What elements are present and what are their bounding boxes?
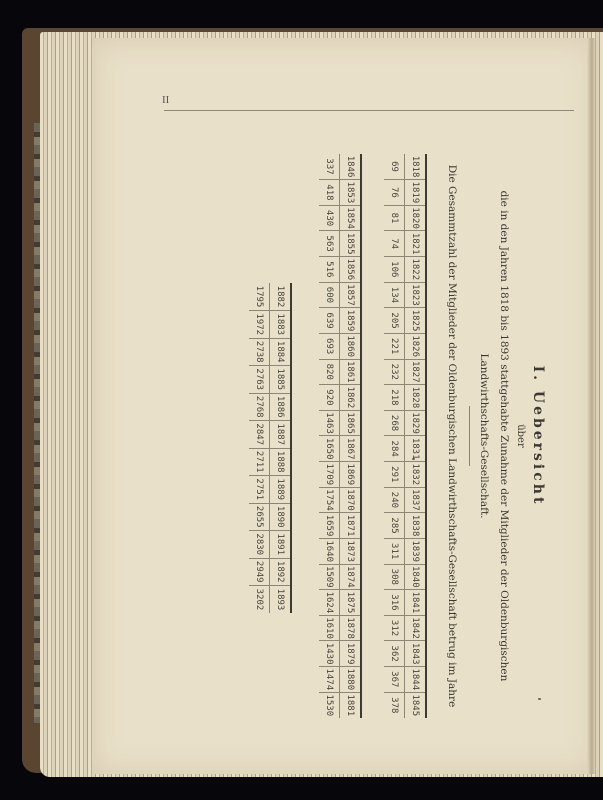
year-cell: 1828 xyxy=(405,385,426,411)
table-row-values: 337 418 430 563 516 600 639 693 820 920 … xyxy=(319,154,340,718)
value-cell: 563 xyxy=(319,231,340,257)
value-cell: 2768 xyxy=(249,393,270,421)
year-cell: 1839 xyxy=(405,538,426,564)
value-cell: 378 xyxy=(384,692,405,718)
year-cell: 1871 xyxy=(340,513,361,539)
year-cell: 1845 xyxy=(405,692,426,718)
year-cell: 1862 xyxy=(340,385,361,411)
value-cell: 2949 xyxy=(249,558,270,586)
year-cell: 1837 xyxy=(405,487,426,513)
value-cell: 367 xyxy=(384,667,405,693)
year-cell: 1884 xyxy=(270,338,291,366)
table-row-years: 1818 1819 1820 1821 1822 1823 1825 1826 … xyxy=(405,154,426,718)
year-cell: 1889 xyxy=(270,476,291,504)
value-cell: 1754 xyxy=(319,487,340,513)
membership-table-1882-1893: 1882 1883 1884 1885 1886 1887 1888 1889 … xyxy=(249,283,290,613)
value-cell: 1709 xyxy=(319,462,340,488)
value-cell: 820 xyxy=(319,359,340,385)
year-cell: 1829 xyxy=(405,410,426,436)
year-cell: 1822 xyxy=(405,257,426,283)
value-cell: 291 xyxy=(384,462,405,488)
value-cell: 221 xyxy=(384,333,405,359)
year-cell: 1860 xyxy=(340,333,361,359)
year-cell: 1873 xyxy=(340,538,361,564)
year-cell: 1827 xyxy=(405,359,426,385)
value-cell: 2738 xyxy=(249,338,270,366)
value-cell: 1972 xyxy=(249,311,270,339)
year-cell: 1832 xyxy=(405,462,426,488)
value-cell: 2763 xyxy=(249,366,270,394)
year-cell: 1892 xyxy=(270,558,291,586)
membership-table-1818-1845: 1818 1819 1820 1821 1822 1823 1825 1826 … xyxy=(384,154,425,718)
year-cell: 1842 xyxy=(405,615,426,641)
subtitle-line-2: Landwirthschafts-Gesellschaft. xyxy=(478,116,490,756)
membership-table-1846-1881: 1846 1853 1854 1855 1856 1857 1859 1860 … xyxy=(319,154,360,718)
value-cell: 1463 xyxy=(319,410,340,436)
value-cell: 693 xyxy=(319,333,340,359)
table-row-years: 1882 1883 1884 1885 1886 1887 1888 1889 … xyxy=(270,283,291,613)
rotated-content: I. Uebersicht über die in den Jahren 181… xyxy=(134,116,554,756)
value-cell: 205 xyxy=(384,308,405,334)
value-cell: 312 xyxy=(384,615,405,641)
value-cell: 430 xyxy=(319,205,340,231)
value-cell: 81 xyxy=(384,205,405,231)
value-cell: 284 xyxy=(384,436,405,462)
year-cell: 1854 xyxy=(340,205,361,231)
year-cell: 1861 xyxy=(340,359,361,385)
year-cell: 1865 xyxy=(340,410,361,436)
value-cell: 418 xyxy=(319,180,340,206)
year-cell: 1825 xyxy=(405,308,426,334)
heading-sub: über xyxy=(515,116,526,756)
year-cell: 1887 xyxy=(270,421,291,449)
table-row-values: 69 76 81 74 106 134 205 221 232 218 268 … xyxy=(384,154,405,718)
header-rule xyxy=(164,110,574,111)
year-cell: 1880 xyxy=(340,667,361,693)
table-block-2: 1846 1853 1854 1855 1856 1857 1859 1860 … xyxy=(319,154,362,718)
page-number: II xyxy=(162,94,169,106)
book-page: II I. Uebersicht über die in den Jahren … xyxy=(92,38,595,774)
year-cell: 1885 xyxy=(270,366,291,394)
value-cell: 2711 xyxy=(249,448,270,476)
value-cell: 232 xyxy=(384,359,405,385)
year-cell: 1870 xyxy=(340,487,361,513)
value-cell: 600 xyxy=(319,282,340,308)
year-cell: 1819 xyxy=(405,180,426,206)
value-cell: 920 xyxy=(319,385,340,411)
year-cell: 1838 xyxy=(405,513,426,539)
year-cell: 1831 xyxy=(405,436,426,462)
value-cell: 1509 xyxy=(319,564,340,590)
value-cell: 1430 xyxy=(319,641,340,667)
value-cell: 1650 xyxy=(319,436,340,462)
year-cell: 1869 xyxy=(340,462,361,488)
year-cell: 1883 xyxy=(270,311,291,339)
year-cell: 1855 xyxy=(340,231,361,257)
value-cell: 69 xyxy=(384,154,405,180)
year-cell: 1879 xyxy=(340,641,361,667)
year-cell: 1859 xyxy=(340,308,361,334)
year-cell: 1874 xyxy=(340,564,361,590)
year-cell: 1818 xyxy=(405,154,426,180)
year-cell: 1844 xyxy=(405,667,426,693)
year-cell: 1891 xyxy=(270,531,291,559)
value-cell: 2847 xyxy=(249,421,270,449)
value-cell: 1530 xyxy=(319,692,340,718)
value-cell: 285 xyxy=(384,513,405,539)
value-cell: 311 xyxy=(384,538,405,564)
separator-rule xyxy=(469,406,470,466)
year-cell: 1841 xyxy=(405,590,426,616)
intro-text: Die Gesammtzahl der Mitglieder der Olden… xyxy=(446,116,458,756)
value-cell: 3202 xyxy=(249,586,270,614)
table-block-3: 1882 1883 1884 1885 1886 1887 1888 1889 … xyxy=(249,283,292,613)
year-cell: 1857 xyxy=(340,282,361,308)
value-cell: 76 xyxy=(384,180,405,206)
value-cell: 1474 xyxy=(319,667,340,693)
value-cell: 2751 xyxy=(249,476,270,504)
year-cell: 1826 xyxy=(405,333,426,359)
value-cell: 268 xyxy=(384,410,405,436)
year-cell: 1886 xyxy=(270,393,291,421)
value-cell: 639 xyxy=(319,308,340,334)
value-cell: 308 xyxy=(384,564,405,590)
section-heading: I. Uebersicht xyxy=(530,116,546,756)
table-row-years: 1846 1853 1854 1855 1856 1857 1859 1860 … xyxy=(340,154,361,718)
table-row-values: 1795 1972 2738 2763 2768 2847 2711 2751 … xyxy=(249,283,270,613)
year-cell: 1846 xyxy=(340,154,361,180)
value-cell: 1610 xyxy=(319,615,340,641)
year-cell: 1867 xyxy=(340,436,361,462)
value-cell: 316 xyxy=(384,590,405,616)
page-gutter xyxy=(587,38,595,774)
year-cell: 1840 xyxy=(405,564,426,590)
value-cell: 240 xyxy=(384,487,405,513)
year-cell: 1875 xyxy=(340,590,361,616)
year-cell: 1888 xyxy=(270,448,291,476)
year-cell: 1853 xyxy=(340,180,361,206)
value-cell: 362 xyxy=(384,641,405,667)
year-cell: 1820 xyxy=(405,205,426,231)
value-cell: 218 xyxy=(384,385,405,411)
year-cell: 1856 xyxy=(340,257,361,283)
year-cell: 1890 xyxy=(270,503,291,531)
year-cell: 1823 xyxy=(405,282,426,308)
table-block-1: 1818 1819 1820 1821 1822 1823 1825 1826 … xyxy=(384,154,427,718)
value-cell: 106 xyxy=(384,257,405,283)
value-cell: 337 xyxy=(319,154,340,180)
year-cell: 1881 xyxy=(340,692,361,718)
subtitle-line-1: die in den Jahren 1818 bis 1893 stattgeh… xyxy=(498,116,510,756)
year-cell: 1893 xyxy=(270,586,291,614)
year-cell: 1843 xyxy=(405,641,426,667)
value-cell: 2655 xyxy=(249,503,270,531)
year-cell: 1882 xyxy=(270,283,291,311)
value-cell: 516 xyxy=(319,257,340,283)
value-cell: 1795 xyxy=(249,283,270,311)
value-cell: 1640 xyxy=(319,538,340,564)
year-cell: 1821 xyxy=(405,231,426,257)
value-cell: 134 xyxy=(384,282,405,308)
value-cell: 74 xyxy=(384,231,405,257)
year-cell: 1878 xyxy=(340,615,361,641)
value-cell: 1659 xyxy=(319,513,340,539)
value-cell: 1624 xyxy=(319,590,340,616)
value-cell: 2830 xyxy=(249,531,270,559)
